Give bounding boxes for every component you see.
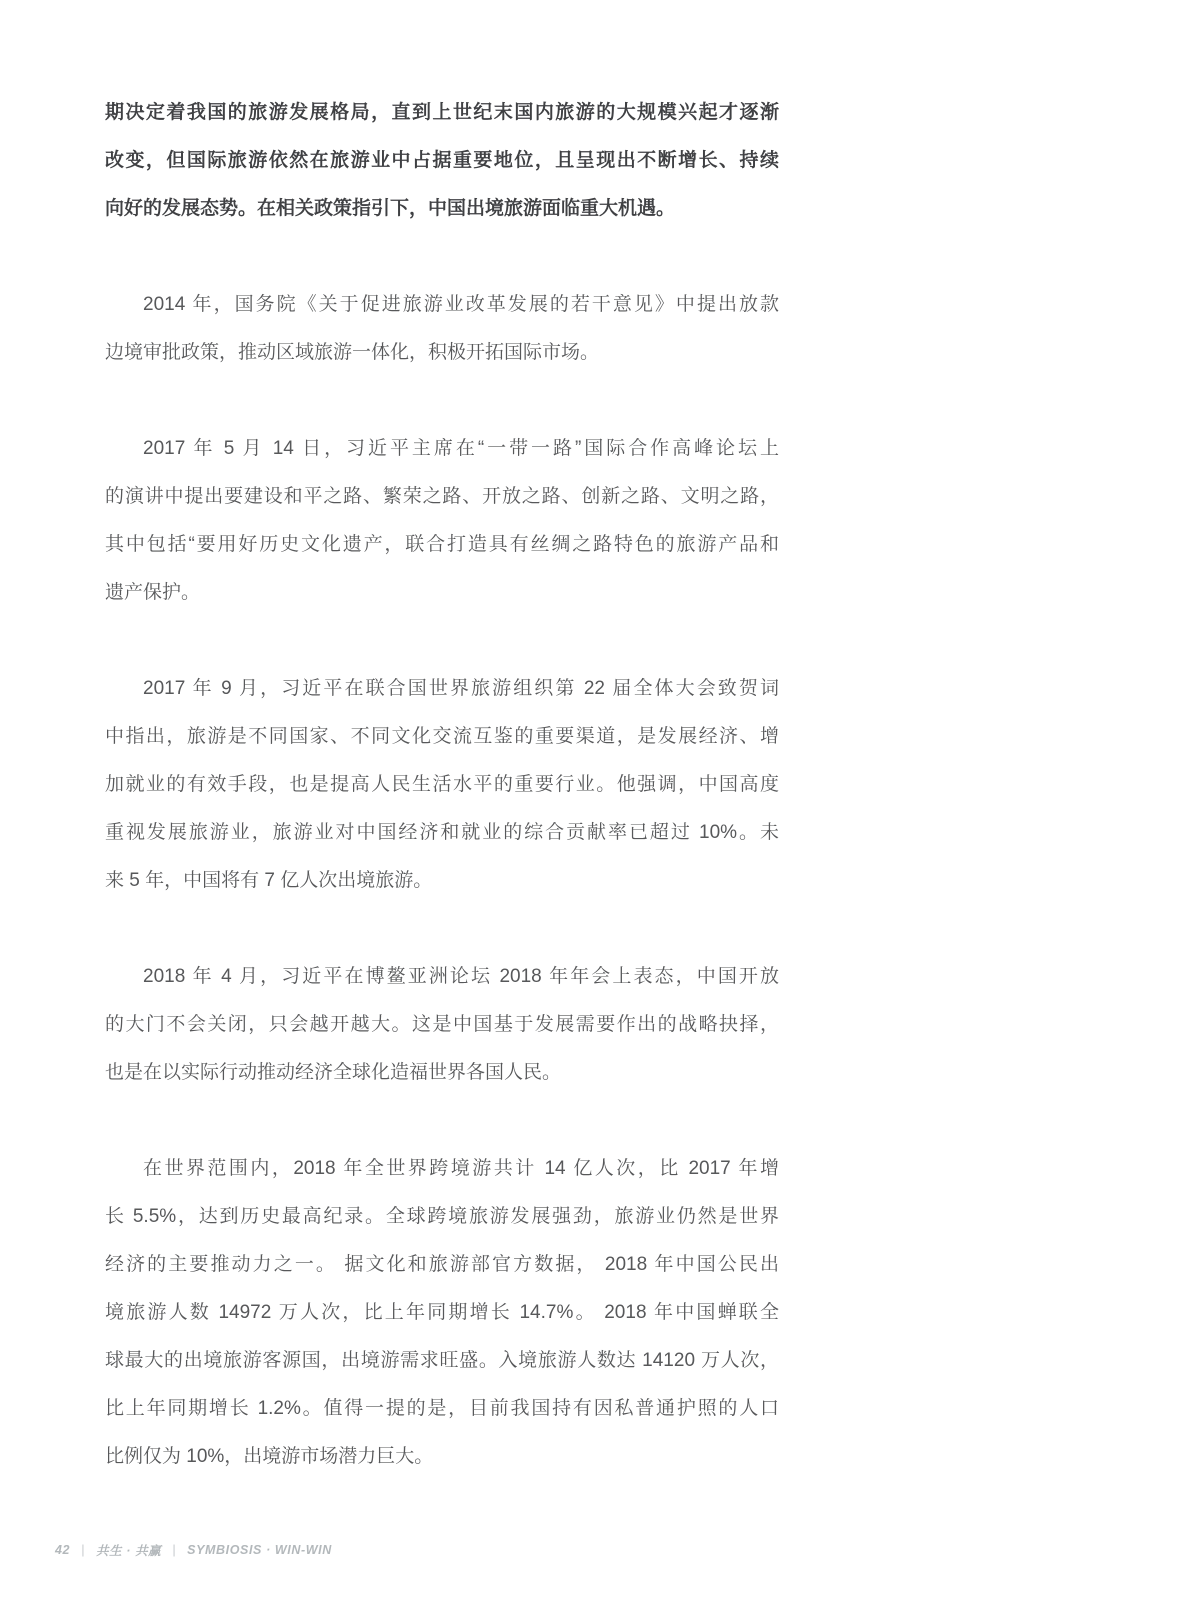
- page-number: 42: [55, 1543, 70, 1557]
- text-line: 向好的发展态势。在相关政策指引下，中国出境旅游面临重大机遇。: [105, 185, 779, 233]
- paragraph-6: 在世界范围内，2018 年全世界跨境游共计 14 亿人次，比 2017 年增长 …: [105, 1145, 779, 1481]
- paragraph-5: 2018 年 4 月，习近平在博鳌亚洲论坛 2018 年年会上表态，中国开放的大…: [105, 953, 779, 1097]
- text-line: 期决定着我国的旅游发展格局，直到上世纪末国内旅游的大规模兴起才逐渐: [105, 89, 779, 137]
- text-line: 加就业的有效手段，也是提高人民生活水平的重要行业。他强调，中国高度: [105, 761, 779, 809]
- text-line: 来 5 年，中国将有 7 亿人次出境旅游。: [105, 857, 779, 905]
- footer: 42 | 共生 · 共赢 | SYMBIOSIS · WIN-WIN: [55, 1541, 332, 1559]
- text-line: 2017 年 5 月 14 日，习近平主席在“一带一路”国际合作高峰论坛上: [105, 425, 779, 473]
- footer-title-cn: 共生 · 共赢: [96, 1541, 161, 1559]
- paragraph-1: 期决定着我国的旅游发展格局，直到上世纪末国内旅游的大规模兴起才逐渐改变，但国际旅…: [105, 89, 779, 233]
- page: 期决定着我国的旅游发展格局，直到上世纪末国内旅游的大规模兴起才逐渐改变，但国际旅…: [0, 0, 1192, 1616]
- text-line: 2017 年 9 月，习近平在联合国世界旅游组织第 22 届全体大会致贺词: [105, 665, 779, 713]
- text-line: 比上年同期增长 1.2%。值得一提的是，目前我国持有因私普通护照的人口: [105, 1385, 779, 1433]
- text-line: 长 5.5%，达到历史最高纪录。全球跨境旅游发展强劲，旅游业仍然是世界: [105, 1193, 779, 1241]
- text-line: 比例仅为 10%，出境游市场潜力巨大。: [105, 1433, 779, 1481]
- text-line: 边境审批政策，推动区域旅游一体化，积极开拓国际市场。: [105, 329, 779, 377]
- text-line: 2014 年，国务院《关于促进旅游业改革发展的若干意见》中提出放款: [105, 281, 779, 329]
- paragraph-3: 2017 年 5 月 14 日，习近平主席在“一带一路”国际合作高峰论坛上的演讲…: [105, 425, 779, 617]
- text-line: 中指出，旅游是不同国家、不同文化交流互鉴的重要渠道，是发展经济、增: [105, 713, 779, 761]
- text-line: 经济的主要推动力之一。 据文化和旅游部官方数据， 2018 年中国公民出: [105, 1241, 779, 1289]
- footer-separator: |: [172, 1543, 176, 1557]
- text-line: 球最大的出境旅游客源国，出境游需求旺盛。入境旅游人数达 14120 万人次，: [105, 1337, 779, 1385]
- text-line: 也是在以实际行动推动经济全球化造福世界各国人民。: [105, 1049, 779, 1097]
- text-line: 2018 年 4 月，习近平在博鳌亚洲论坛 2018 年年会上表态，中国开放: [105, 953, 779, 1001]
- paragraph-2: 2014 年，国务院《关于促进旅游业改革发展的若干意见》中提出放款边境审批政策，…: [105, 281, 779, 377]
- text-line: 遗产保护。: [105, 569, 779, 617]
- footer-separator: |: [81, 1543, 85, 1557]
- page-body: 期决定着我国的旅游发展格局，直到上世纪末国内旅游的大规模兴起才逐渐改变，但国际旅…: [105, 89, 779, 1529]
- text-line: 其中包括“要用好历史文化遗产，联合打造具有丝绸之路特色的旅游产品和: [105, 521, 779, 569]
- text-line: 境旅游人数 14972 万人次，比上年同期增长 14.7%。 2018 年中国蝉…: [105, 1289, 779, 1337]
- footer-title-en: SYMBIOSIS · WIN-WIN: [187, 1543, 332, 1557]
- text-line: 的演讲中提出要建设和平之路、繁荣之路、开放之路、创新之路、文明之路，: [105, 473, 779, 521]
- paragraph-4: 2017 年 9 月，习近平在联合国世界旅游组织第 22 届全体大会致贺词中指出…: [105, 665, 779, 905]
- text-line: 重视发展旅游业，旅游业对中国经济和就业的综合贡献率已超过 10%。未: [105, 809, 779, 857]
- text-line: 的大门不会关闭，只会越开越大。这是中国基于发展需要作出的战略抉择，: [105, 1001, 779, 1049]
- text-line: 在世界范围内，2018 年全世界跨境游共计 14 亿人次，比 2017 年增: [105, 1145, 779, 1193]
- text-line: 改变，但国际旅游依然在旅游业中占据重要地位，且呈现出不断增长、持续: [105, 137, 779, 185]
